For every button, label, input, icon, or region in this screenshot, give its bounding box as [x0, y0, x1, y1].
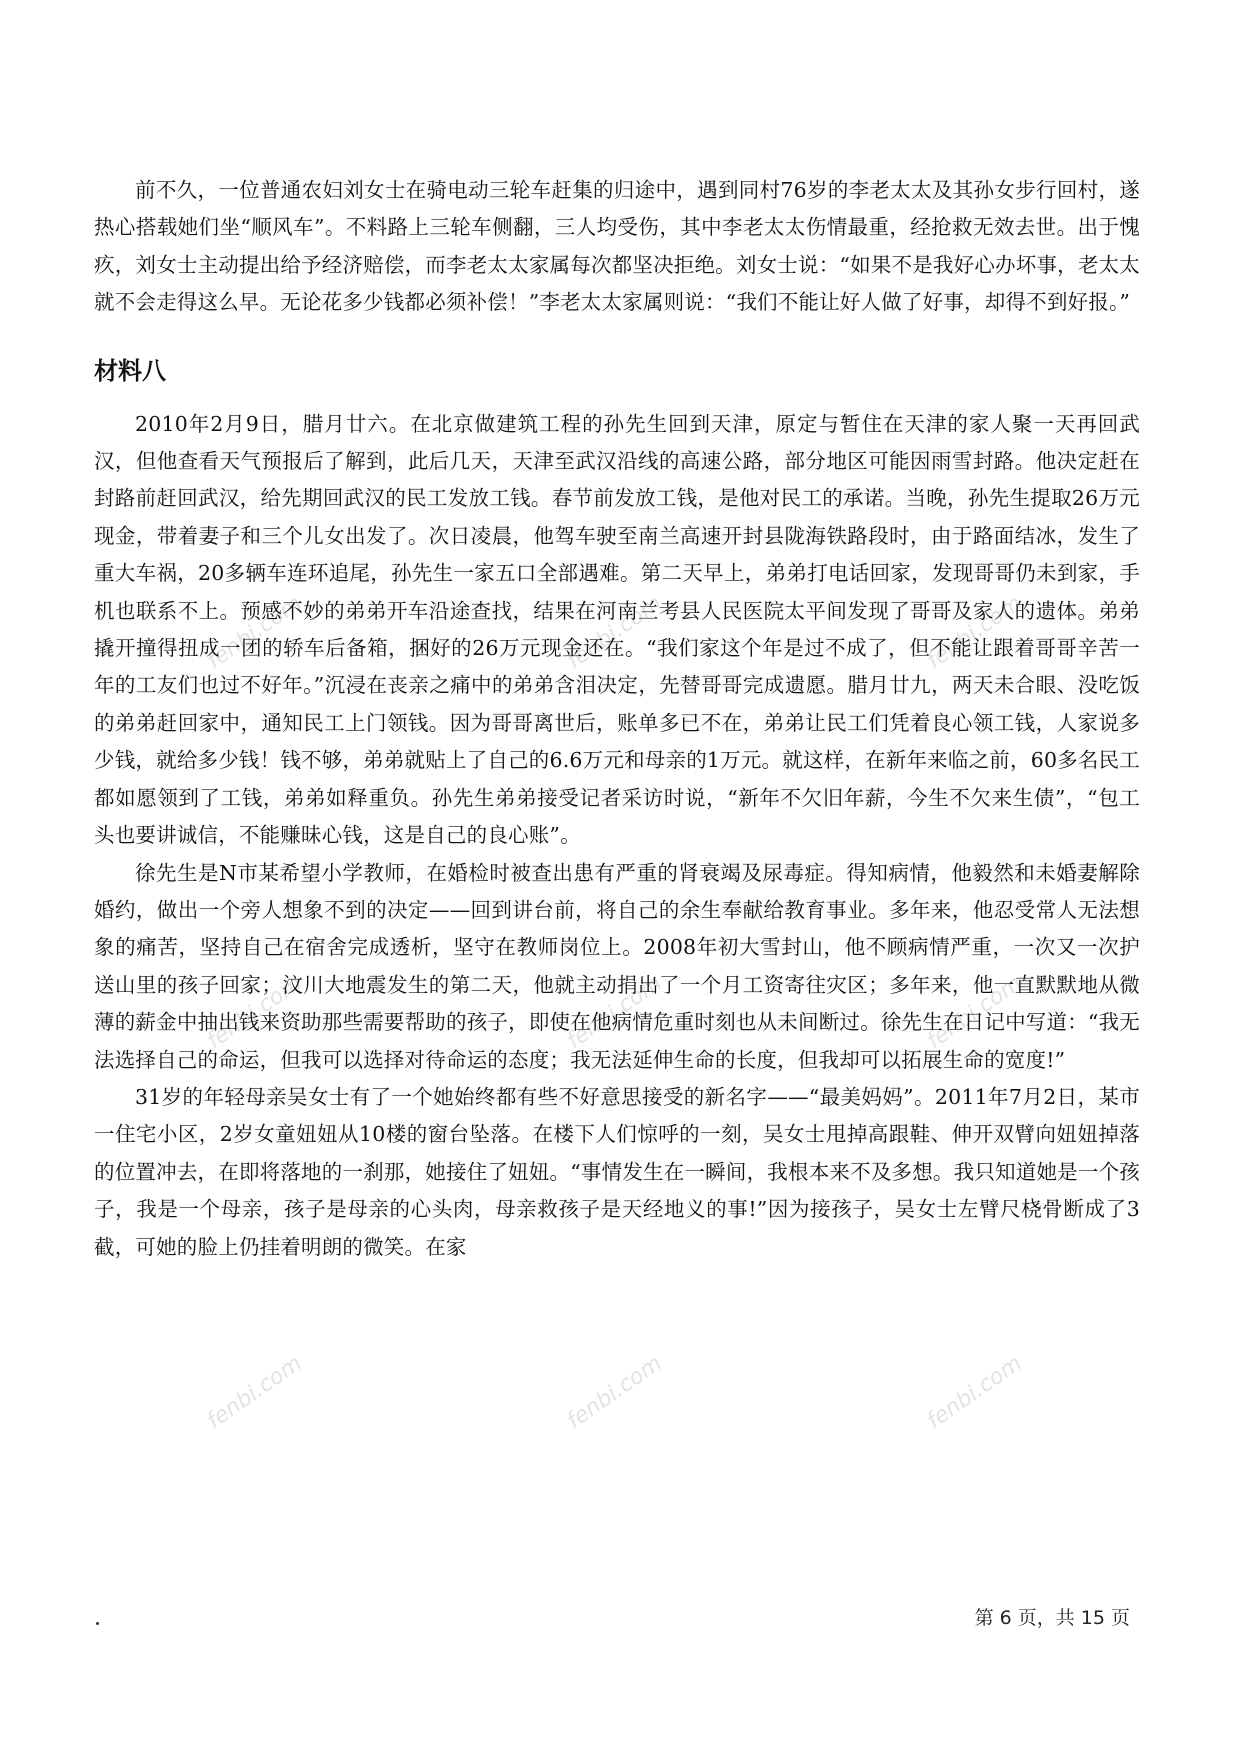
paragraph-sun: 2010年2月9日，腊月廿六。在北京做建筑工程的孙先生回到天津，原定与暂住在天津…	[94, 406, 1140, 855]
watermark: fenbi.com	[923, 1351, 1027, 1434]
section-heading: 材料八	[94, 356, 1140, 386]
footer-marker	[96, 1622, 99, 1625]
watermark: fenbi.com	[563, 1351, 667, 1434]
intro-paragraph: 前不久，一位普通农妇刘女士在骑电动三轮车赶集的归途中，遇到同村76岁的李老太太及…	[94, 172, 1140, 322]
watermark: fenbi.com	[203, 1351, 307, 1434]
paragraph-xu: 徐先生是N市某希望小学教师，在婚检时被查出患有严重的肾衰竭及尿毒症。得知病情，他…	[94, 855, 1140, 1079]
document-page: 前不久，一位普通农妇刘女士在骑电动三轮车赶集的归途中，遇到同村76岁的李老太太及…	[94, 172, 1140, 1266]
paragraph-wu: 31岁的年轻母亲吴女士有了一个她始终都有些不好意思接受的新名字——“最美妈妈”。…	[94, 1079, 1140, 1266]
page-number: 第 6 页，共 15 页	[975, 1603, 1130, 1630]
